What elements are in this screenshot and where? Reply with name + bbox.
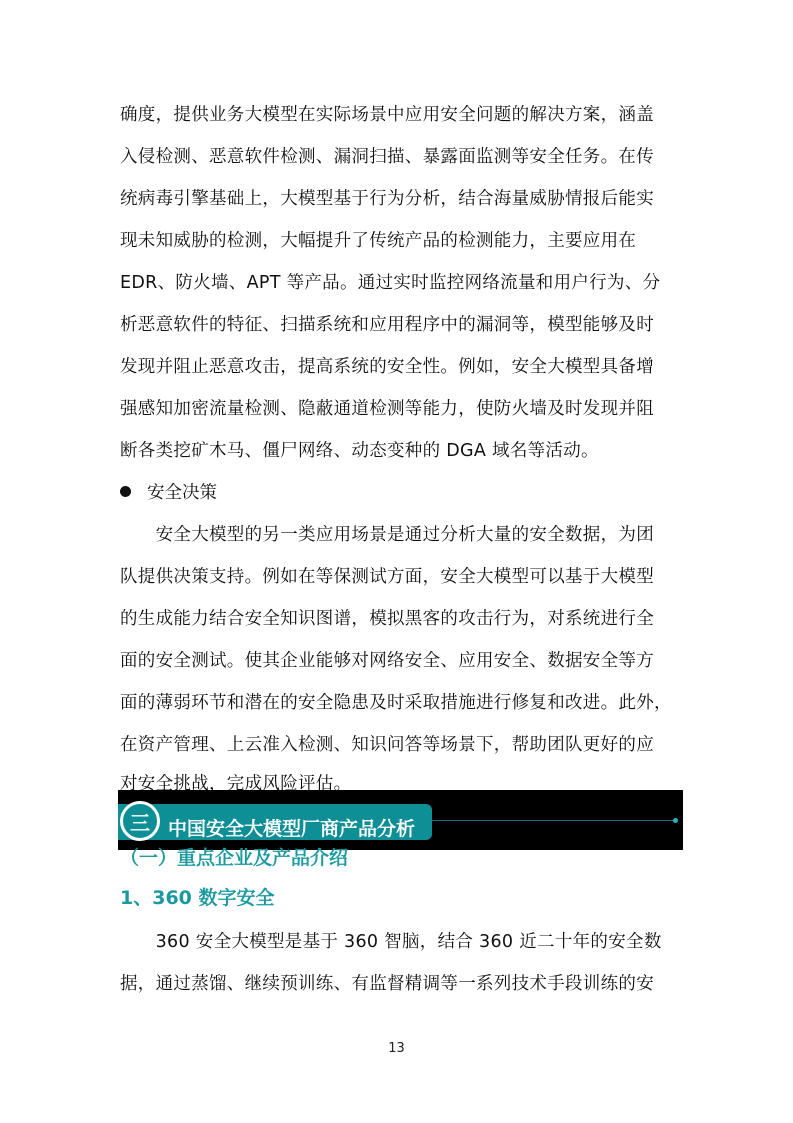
decorative-rule [432,820,675,821]
paragraph-line: 确度，提供业务大模型在实际场景中应用安全问题的解决方案，涵盖 [120,103,685,127]
paragraph-line: 面的安全测试。使其企业能够对网络安全、应用安全、数据安全等方 [120,649,685,673]
bullet-item: 安全决策 [120,481,217,505]
paragraph-line: 统病毒引擎基础上，大模型基于行为分析，结合海量威胁情报后能实 [120,187,685,211]
paragraph-line: 发现并阻止恶意攻击，提高系统的安全性。例如，安全大模型具备增 [120,355,685,379]
paragraph-line: 入侵检测、恶意软件检测、漏洞扫描、暴露面监测等安全任务。在传 [120,145,685,169]
section-title-pill: 中国安全大模型厂商产品分析 [118,804,432,840]
paragraph-line: 析恶意软件的特征、扫描系统和应用程序中的漏洞等，模型能够及时 [120,313,685,337]
subsubheading: 1、360 数字安全 [120,886,275,910]
paragraph-line: 队提供决策支持。例如在等保测试方面，安全大模型可以基于大模型 [120,565,685,589]
section-banner: 中国安全大模型厂商产品分析 三 [118,790,683,850]
paragraph-line: 的生成能力结合安全知识图谱，模拟黑客的攻击行为，对系统进行全 [120,607,685,631]
paragraph-line: 现未知威胁的检测，大幅提升了传统产品的检测能力，主要应用在 [120,229,685,253]
paragraph-line: 在资产管理、上云准入检测、知识问答等场景下，帮助团队更好的应 [120,733,685,757]
subheading: （一）重点企业及产品介绍 [120,846,348,870]
paragraph-line: 强感知加密流量检测、隐蔽通道检测等能力，使防火墙及时发现并阻 [120,397,685,421]
section-number-badge: 三 [120,801,160,841]
paragraph-line: 据，通过蒸馏、继续预训练、有监督精调等一系列技术手段训练的安 [120,972,685,996]
paragraph-line: 安全大模型的另一类应用场景是通过分析大量的安全数据，为团 [120,523,685,547]
bullet-label: 安全决策 [147,483,217,503]
section-title: 中国安全大模型厂商产品分析 [168,817,415,841]
rule-end-dot-icon [673,818,678,823]
page-number: 13 [0,1041,793,1056]
paragraph-line: 360 安全大模型是基于 360 智脑，结合 360 近二十年的安全数 [120,930,685,954]
paragraph-line: EDR、防火墙、APT 等产品。通过实时监控网络流量和用户行为、分 [120,271,685,295]
paragraph-line: 断各类挖矿木马、僵尸网络、动态变种的 DGA 域名等活动。 [120,439,685,463]
bullet-icon [120,486,131,497]
paragraph-line: 面的薄弱环节和潜在的安全隐患及时采取措施进行修复和改进。此外， [120,691,685,715]
